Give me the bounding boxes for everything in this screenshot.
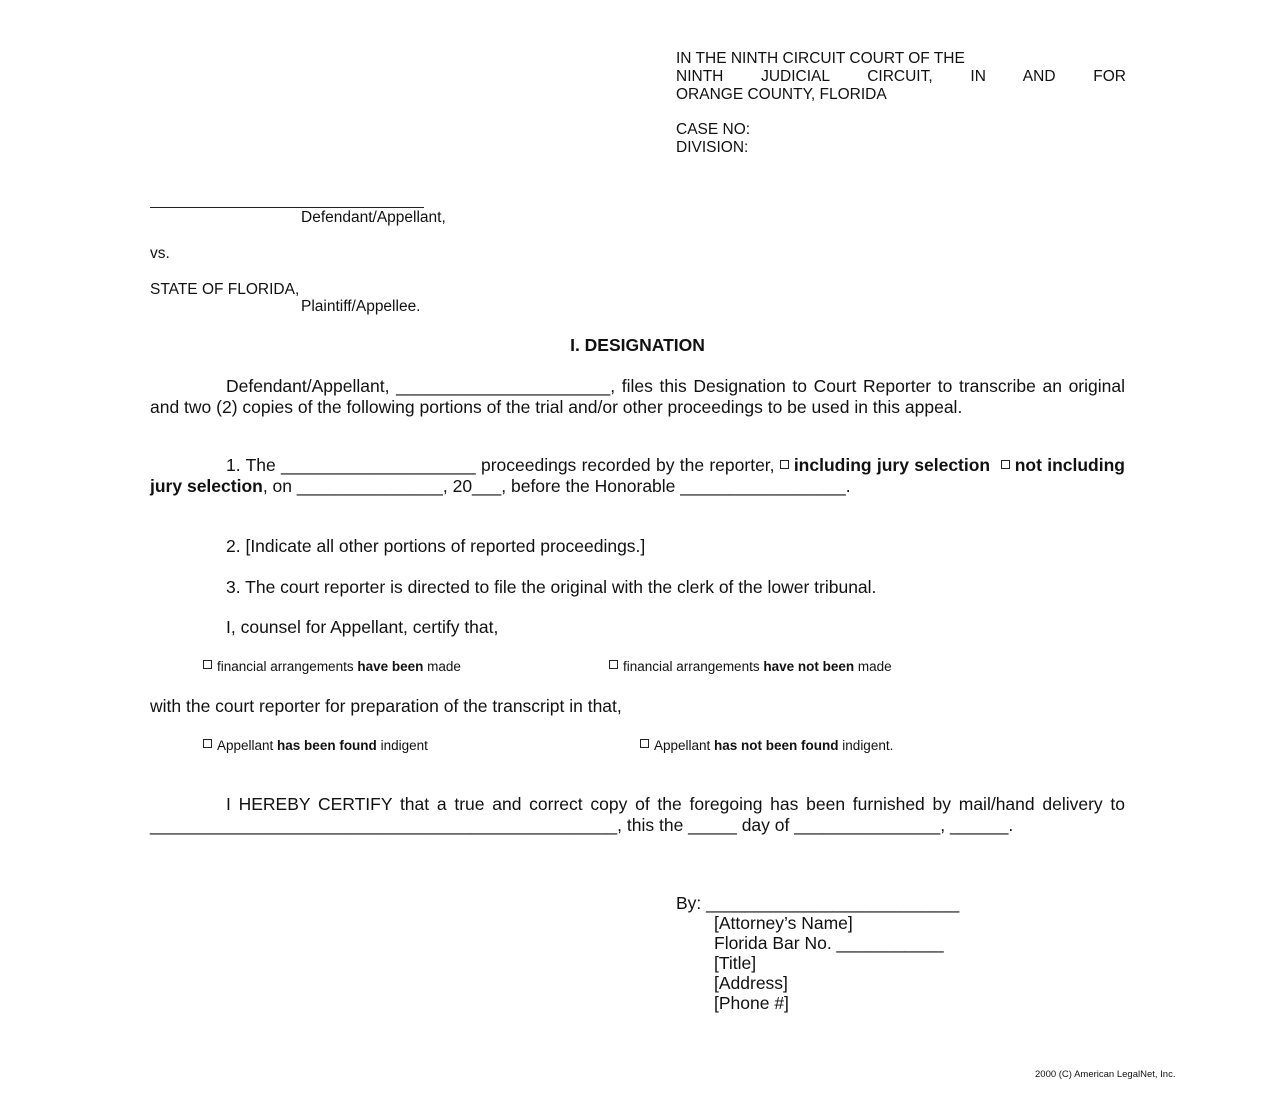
court-caption: IN THE NINTH CIRCUIT COURT OF THE NINTH … xyxy=(676,50,1126,104)
indigent-found-checkbox[interactable] xyxy=(203,739,212,748)
court-line-1: IN THE NINTH CIRCUIT COURT OF THE xyxy=(676,50,1126,68)
financial-have-not-been-checkbox[interactable] xyxy=(609,660,618,669)
intro-text: Defendant/Appellant, ___________________… xyxy=(150,376,1125,417)
plaintiff-label: Plaintiff/Appellee. xyxy=(301,298,421,316)
defendant-label: Defendant/Appellant, xyxy=(301,209,446,227)
financial-option-have-been[interactable]: financial arrangements have been made xyxy=(203,659,461,674)
attorney-address: [Address] xyxy=(676,973,959,993)
florida-bar-no: Florida Bar No. ___________ xyxy=(676,933,959,953)
intro-paragraph: Defendant/Appellant, ___________________… xyxy=(150,376,1125,417)
certify-intro: I, counsel for Appellant, certify that, xyxy=(150,617,1125,638)
copyright-footer: 2000 (C) American LegalNet, Inc. xyxy=(1035,1069,1175,1080)
item-3-paragraph: 3. The court reporter is directed to fil… xyxy=(150,577,1125,598)
case-info: CASE NO: DIVISION: xyxy=(676,121,750,156)
case-no-label: CASE NO: xyxy=(676,121,750,139)
indigent-option-not-found[interactable]: Appellant has not been found indigent. xyxy=(640,738,893,753)
item-2-paragraph: 2. [Indicate all other portions of repor… xyxy=(150,536,1125,557)
item-1-text-a: 1. The ____________________ proceedings … xyxy=(226,455,780,475)
court-line-2: NINTH JUDICIAL CIRCUIT, IN AND FOR xyxy=(676,68,1126,86)
item-1-text-b: , on _______________, 20___, before the … xyxy=(263,476,851,496)
financial-have-been-checkbox[interactable] xyxy=(203,660,212,669)
not-including-jury-checkbox[interactable] xyxy=(1001,460,1010,469)
with-reporter-text: with the court reporter for preparation … xyxy=(150,696,1125,717)
item-3-text: 3. The court reporter is directed to fil… xyxy=(226,577,876,597)
versus-label: vs. xyxy=(150,245,170,263)
court-line-3: ORANGE COUNTY, FLORIDA xyxy=(676,86,1126,104)
section-heading: I. DESIGNATION xyxy=(0,335,1275,356)
division-label: DIVISION: xyxy=(676,139,750,157)
indigent-option-found[interactable]: Appellant has been found indigent xyxy=(203,738,428,753)
including-jury-checkbox[interactable] xyxy=(780,460,789,469)
certify-intro-text: I, counsel for Appellant, certify that, xyxy=(226,617,498,637)
signature-by-line: By: __________________________ xyxy=(676,893,959,913)
including-jury-label: including jury selection xyxy=(794,455,990,475)
defendant-name-blank xyxy=(150,193,424,208)
certificate-text: I HEREBY CERTIFY that a true and correct… xyxy=(150,794,1125,835)
plaintiff-name: STATE OF FLORIDA, xyxy=(150,281,299,299)
signature-block: By: __________________________ [Attorney… xyxy=(676,893,959,1013)
indigent-not-found-checkbox[interactable] xyxy=(640,739,649,748)
financial-option-have-not-been[interactable]: financial arrangements have not been mad… xyxy=(609,659,892,674)
item-2-text: 2. [Indicate all other portions of repor… xyxy=(226,536,645,556)
attorney-title: [Title] xyxy=(676,953,959,973)
attorney-phone: [Phone #] xyxy=(676,993,959,1013)
attorney-name: [Attorney’s Name] xyxy=(676,913,959,933)
item-1-paragraph: 1. The ____________________ proceedings … xyxy=(150,455,1125,496)
certificate-paragraph: I HEREBY CERTIFY that a true and correct… xyxy=(150,794,1125,835)
